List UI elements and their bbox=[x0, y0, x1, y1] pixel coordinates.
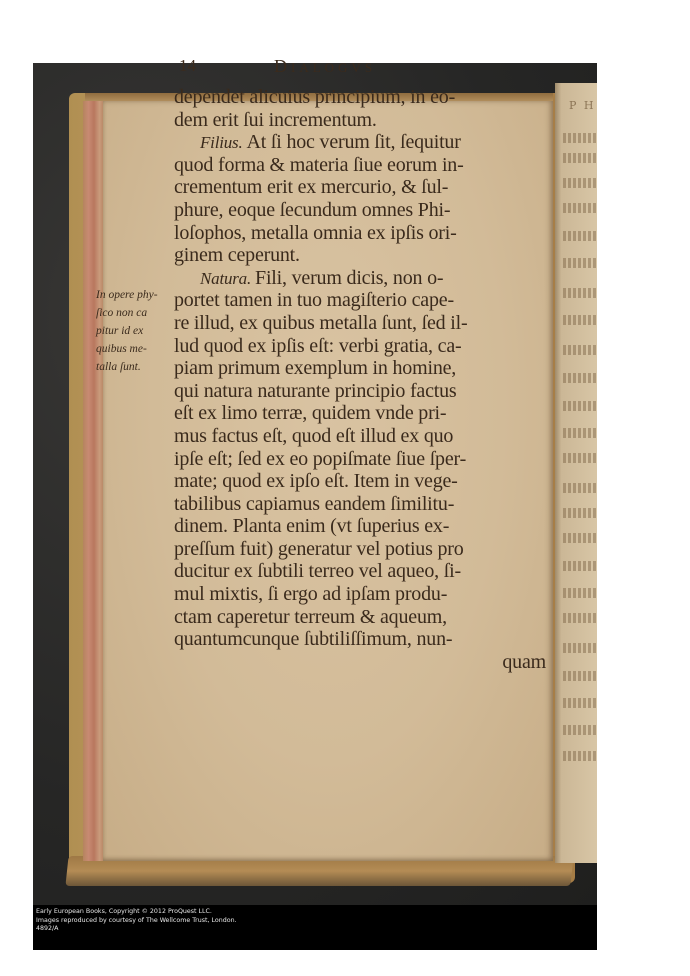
text-line: dependet alicuius principium, in eo- bbox=[174, 86, 546, 109]
marginal-note-line: In opere phy- bbox=[96, 286, 171, 304]
text-line-content: ginem ceperunt. bbox=[174, 244, 300, 266]
facing-page-line bbox=[563, 258, 597, 268]
text-line-content: dinem. Planta enim (vt ſuperius ex- bbox=[174, 515, 449, 537]
text-line: crementum erit ex mercurio, & ſul- bbox=[174, 176, 546, 199]
text-line: preſſum fuit) generatur vel potius pro bbox=[174, 538, 546, 561]
text-line-content: ducitur ex ſubtili terreo vel aqueo, ſi- bbox=[174, 560, 461, 582]
marginal-note-line: talla ſunt. bbox=[96, 358, 171, 376]
facing-page-line bbox=[563, 453, 597, 463]
facing-page-line bbox=[563, 178, 597, 188]
text-line-content: qui natura naturante principio factus bbox=[174, 380, 457, 402]
marginal-note-line: ſico non ca bbox=[96, 304, 171, 322]
text-line: loſophos, metalla omnia ex ipſis ori- bbox=[174, 222, 546, 245]
marginal-note-line: quibus me- bbox=[96, 340, 171, 358]
text-line: phure, eoque ſecundum omnes Phi- bbox=[174, 199, 546, 222]
text-line: lud quod ex ipſis eſt: verbi gratia, ca- bbox=[174, 335, 546, 358]
text-line-content: lud quod ex ipſis eſt: verbi gratia, ca- bbox=[174, 335, 461, 357]
page-header: 14 Dialogvs bbox=[179, 56, 539, 78]
text-line-content: phure, eoque ſecundum omnes Phi- bbox=[174, 199, 450, 221]
text-line-content: tabilibus capiamus eandem ſimilitu- bbox=[174, 493, 454, 515]
footer-courtesy: Images reproduced by courtesy of The Wel… bbox=[33, 917, 597, 926]
facing-page-line bbox=[563, 288, 597, 298]
facing-page-line bbox=[563, 613, 597, 623]
catchword: quam bbox=[174, 651, 546, 674]
facing-page-line bbox=[563, 751, 597, 761]
facing-page-line bbox=[563, 698, 597, 708]
facing-page-line bbox=[563, 561, 597, 571]
text-line: piam primum exemplum in homine, bbox=[174, 357, 546, 380]
text-line-content: dependet alicuius principium, in eo- bbox=[174, 86, 455, 108]
text-line: qui natura naturante principio factus bbox=[174, 380, 546, 403]
text-line-content: quantumcunque ſubtiliſſimum, nun- bbox=[174, 628, 452, 650]
facing-page-line bbox=[563, 428, 597, 438]
text-line: quantumcunque ſubtiliſſimum, nun- bbox=[174, 628, 546, 651]
facing-page-line bbox=[563, 483, 597, 493]
page-number: 14 bbox=[179, 56, 196, 76]
text-line-content: mul mixtis, ſi ergo ad ipſam produ- bbox=[174, 583, 447, 605]
text-line: dinem. Planta enim (vt ſuperius ex- bbox=[174, 515, 546, 538]
facing-page-line bbox=[563, 508, 597, 518]
speaker-label: Filius. bbox=[200, 133, 243, 152]
text-line: mus factus eſt, quod eſt illud ex quo bbox=[174, 425, 546, 448]
text-line: ctam caperetur terreum & aqueum, bbox=[174, 606, 546, 629]
text-line: ginem ceperunt. bbox=[174, 244, 546, 267]
body-text: dependet alicuius principium, in eo-dem … bbox=[174, 86, 546, 673]
text-line: quod forma & materia ſiue eorum in- bbox=[174, 154, 546, 177]
text-line-content: ctam caperetur terreum & aqueum, bbox=[174, 606, 447, 628]
speaker-label: Natura. bbox=[200, 269, 251, 288]
text-line-content: At ſi hoc verum ſit, ſequitur bbox=[247, 131, 461, 153]
facing-page-line bbox=[563, 725, 597, 735]
text-line-content: loſophos, metalla omnia ex ipſis ori- bbox=[174, 222, 457, 244]
facing-page-line bbox=[563, 643, 597, 653]
facing-page: P H bbox=[555, 83, 597, 863]
text-line-content: eſt ex limo terræ, quidem vnde pri- bbox=[174, 402, 446, 424]
text-line: dem erit ſui incrementum. bbox=[174, 109, 546, 132]
text-line-content: portet tamen in tuo magiſterio cape- bbox=[174, 289, 454, 311]
text-line: portet tamen in tuo magiſterio cape- bbox=[174, 289, 546, 312]
text-line-content: crementum erit ex mercurio, & ſul- bbox=[174, 176, 448, 198]
text-line-content: mus factus eſt, quod eſt illud ex quo bbox=[174, 425, 453, 447]
facing-page-line bbox=[563, 345, 597, 355]
text-line-content: piam primum exemplum in homine, bbox=[174, 357, 456, 379]
facing-page-line bbox=[563, 133, 597, 143]
text-line: Natura.Fili, verum dicis, non o- bbox=[174, 267, 546, 290]
facing-page-line bbox=[563, 153, 597, 163]
text-line-content: ipſe eſt; ſed ex eo popiſmate ſiue ſper- bbox=[174, 448, 466, 470]
facing-page-head: P H bbox=[569, 99, 596, 112]
text-line-content: mate; quod ex ipſo eſt. Item in vege- bbox=[174, 470, 458, 492]
facing-page-line bbox=[563, 231, 597, 241]
marginal-note: In opere phy- ſico non ca pitur id ex qu… bbox=[96, 286, 171, 376]
text-line: ipſe eſt; ſed ex eo popiſmate ſiue ſper- bbox=[174, 448, 546, 471]
facing-page-line bbox=[563, 401, 597, 411]
text-line-content: dem erit ſui incrementum. bbox=[174, 109, 377, 131]
facing-page-line bbox=[563, 315, 597, 325]
text-line-content: quod forma & materia ſiue eorum in- bbox=[174, 154, 464, 176]
text-line: ducitur ex ſubtili terreo vel aqueo, ſi- bbox=[174, 560, 546, 583]
footer-shelfmark: 4892/A bbox=[33, 925, 597, 934]
facing-page-line bbox=[563, 373, 597, 383]
copyright-footer: Early European Books, Copyright © 2012 P… bbox=[33, 905, 597, 950]
facing-page-line bbox=[563, 588, 597, 598]
text-line: Filius.At ſi hoc verum ſit, ſequitur bbox=[174, 131, 546, 154]
text-line: re illud, ex quibus metalla ſunt, ſed il… bbox=[174, 312, 546, 335]
running-head: Dialogvs bbox=[274, 56, 376, 77]
text-line: mate; quod ex ipſo eſt. Item in vege- bbox=[174, 470, 546, 493]
text-line: mul mixtis, ſi ergo ad ipſam produ- bbox=[174, 583, 546, 606]
facing-page-line bbox=[563, 671, 597, 681]
marginal-note-line: pitur id ex bbox=[96, 322, 171, 340]
facing-page-line bbox=[563, 533, 597, 543]
footer-copyright: Early European Books, Copyright © 2012 P… bbox=[33, 905, 597, 917]
text-line: tabilibus capiamus eandem ſimilitu- bbox=[174, 493, 546, 516]
text-line-content: Fili, verum dicis, non o- bbox=[255, 267, 443, 289]
text-line-content: re illud, ex quibus metalla ſunt, ſed il… bbox=[174, 312, 467, 334]
text-line-content: preſſum fuit) generatur vel potius pro bbox=[174, 538, 464, 560]
facing-page-line bbox=[563, 203, 597, 213]
page-fore-edge bbox=[83, 101, 105, 861]
text-line: eſt ex limo terræ, quidem vnde pri- bbox=[174, 402, 546, 425]
